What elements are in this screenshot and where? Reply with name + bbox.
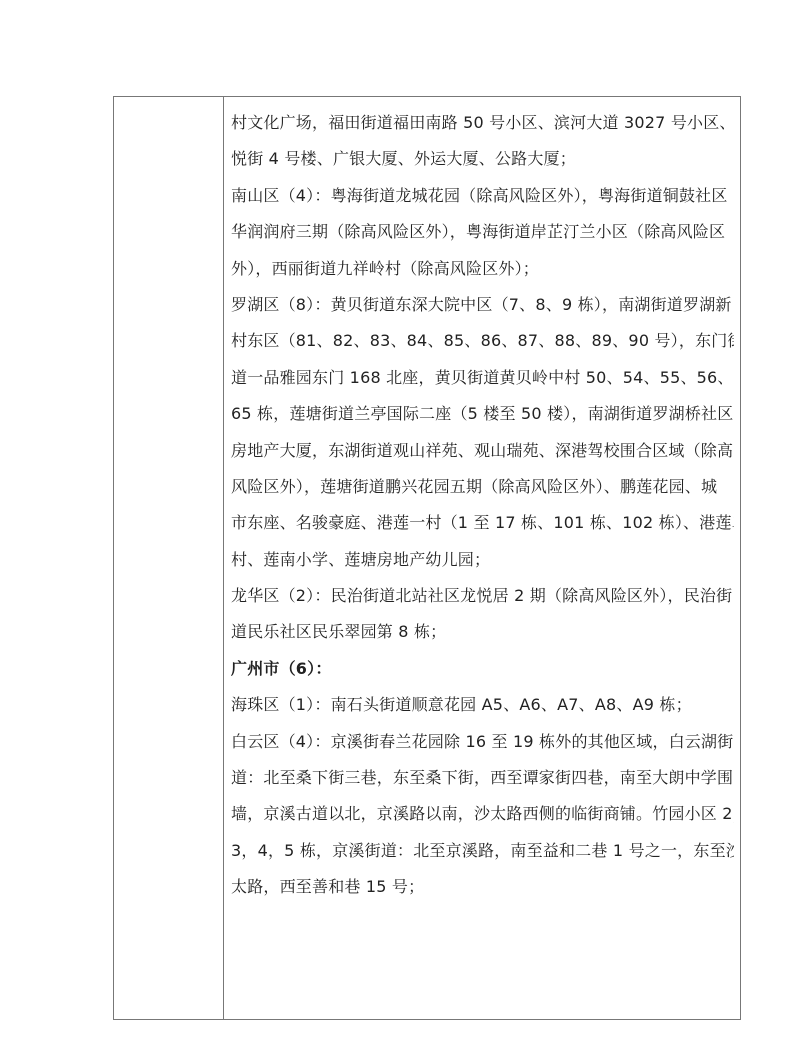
text-line: 道民乐社区民乐翠园第 8 栋； — [231, 614, 734, 650]
text-line: 悦街 4 号楼、广银大厦、外运大厦、公路大厦； — [231, 141, 734, 177]
district-entry-haizhu: 海珠区（1）：南石头街道顺意花园 A5、A6、A7、A8、A9 栋； — [231, 687, 734, 723]
district-entry-nanshan: 南山区（4）：粤海街道龙城花园（除高风险区外），粤海街道铜鼓社区 — [231, 178, 734, 214]
district-entry-luohu: 罗湖区（8）：黄贝街道东深大院中区（7、8、9 栋），南湖街道罗湖新 — [231, 287, 734, 323]
document-table: 村文化广场，福田街道福田南路 50 号小区、滨河大道 3027 号小区、皇 悦街… — [113, 96, 741, 1020]
district-entry-baiyun: 白云区（4）：京溪街春兰花园除 16 至 19 栋外的其他区域，白云湖街 — [231, 724, 734, 760]
text-line: 3，4，5 栋，京溪街道：北至京溪路，南至益和二巷 1 号之一，东至沙 — [231, 833, 734, 869]
text-line: 华润润府三期（除高风险区外），粤海街道岸芷汀兰小区（除高风险区 — [231, 214, 734, 250]
text-line: 65 栋，莲塘街道兰亭国际二座（5 楼至 50 楼），南湖街道罗湖桥社区 — [231, 396, 734, 432]
text-line: 村、莲南小学、莲塘房地产幼儿园； — [231, 542, 734, 578]
table-left-column — [114, 97, 224, 1019]
city-heading-guangzhou: 广州市（6）： — [231, 651, 734, 687]
text-line: 墙，京溪古道以北，京溪路以南，沙太路西侧的临街商铺。竹园小区 2， — [231, 796, 734, 832]
district-entry-longhua: 龙华区（2）：民治街道北站社区龙悦居 2 期（除高风险区外），民治街 — [231, 578, 734, 614]
text-line: 道：北至桑下街三巷，东至桑下街，西至谭家街四巷，南至大朗中学围 — [231, 760, 734, 796]
text-line: 村文化广场，福田街道福田南路 50 号小区、滨河大道 3027 号小区、皇 — [231, 105, 734, 141]
text-line: 风险区外），莲塘街道鹏兴花园五期（除高风险区外）、鹏莲花园、城 — [231, 469, 734, 505]
text-line: 外），西丽街道九祥岭村（除高风险区外）； — [231, 251, 734, 287]
table-content-cell: 村文化广场，福田街道福田南路 50 号小区、滨河大道 3027 号小区、皇 悦街… — [224, 97, 740, 1019]
text-line: 房地产大厦，东湖街道观山祥苑、观山瑞苑、深港驾校围合区域（除高 — [231, 433, 734, 469]
text-line: 道一品雅园东门 168 北座，黄贝街道黄贝岭中村 50、54、55、56、64、 — [231, 360, 734, 396]
text-line: 太路，西至善和巷 15 号； — [231, 869, 734, 905]
text-line: 市东座、名骏豪庭、港莲一村（1 至 17 栋、101 栋、102 栋）、港莲二 — [231, 505, 734, 541]
text-line: 村东区（81、82、83、84、85、86、87、88、89、90 号），东门街 — [231, 323, 734, 359]
